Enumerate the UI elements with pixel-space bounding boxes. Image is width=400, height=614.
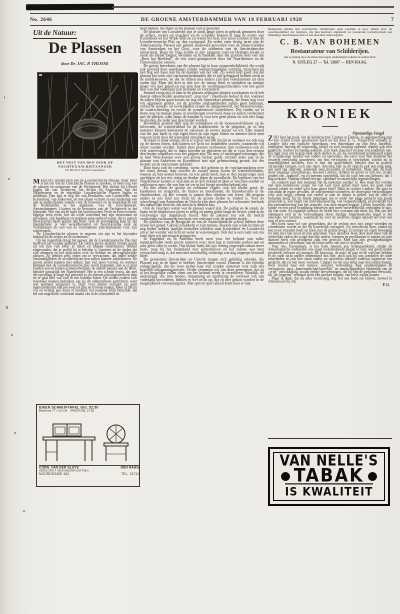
desk-chair-illustration <box>41 421 137 463</box>
kroniek-bottom-rule <box>268 438 392 439</box>
kroniek-heading: KRONIEK <box>268 106 392 122</box>
furniture-ad-phone: TEL. 14711 <box>121 473 139 477</box>
kroniek-divider <box>322 126 338 127</box>
scan-artifact-top-line <box>112 6 394 8</box>
header-top-rule <box>30 13 394 14</box>
restorer-ad: Duizenden gelden aan waardevolle schilde… <box>268 28 392 100</box>
paragraph: ZOO heet het boek, dat de kinderrechter … <box>268 136 392 181</box>
middle-column-body: heerlijkheid, die thans in die plassen v… <box>140 27 264 493</box>
scan-artifact-top-left <box>26 4 114 11</box>
paragraph: De ouderen zien den toestand van de toek… <box>268 181 392 223</box>
furniture-ad-size: Bladmaat 77 x 50 c.M. <box>39 410 68 413</box>
restorer-ad-address: N. UITLEG 27 — Tel. 12607 — DEN HAAG. <box>268 60 392 64</box>
paragraph: Voor ons, Europeanen, is het boek daarom… <box>268 245 392 277</box>
nest-photo-illustration <box>38 73 138 158</box>
nest-photo <box>37 72 137 159</box>
restorer-ad-note: Als zoodanig door de meest bevoegde desk… <box>268 56 392 59</box>
page-number: 7 <box>391 17 394 23</box>
furniture-ad-chair: ARMSTOEL 27.50 <box>70 410 94 413</box>
scan-speck <box>23 510 25 512</box>
section-label: Uit de Natuur: <box>33 29 77 39</box>
drop-cap: Z <box>268 136 274 142</box>
newspaper-title: DE GROENE AMSTERDAMMER VAN 18 FEBRUARI 1… <box>52 17 391 23</box>
paragraph: Bovendien groeien daar nog de zonnedauw … <box>140 122 264 139</box>
drop-cap: M <box>33 179 41 185</box>
header-bottom-rule <box>30 25 394 26</box>
paragraph: Ik noem er maar eenige, doch er zijn er … <box>140 139 264 166</box>
paragraph: De gemeenten Amsterdam en Utrecht mogen … <box>140 258 264 285</box>
paragraph: P. G. <box>268 283 392 286</box>
left-column-body: MEESTAL spreekt men van de Loosdrechtsch… <box>33 179 137 397</box>
paragraph: Iemand vroeg mij of daar in de plassen z… <box>140 92 264 123</box>
issue-number: No. 2646 <box>30 17 52 23</box>
paragraph: In Engeland en in Amerika heeft men voor… <box>140 238 264 258</box>
photo-credit: Uit Burlet's Stereoscoopplaten <box>33 169 137 173</box>
paragraph: De plassen van Loosdrecht zijn al sinds … <box>140 30 264 64</box>
restorer-ad-body: Duizenden gelden aan waardevolle schilde… <box>268 28 392 37</box>
van-nelle-ad: VAN NELLE'S TABAK IS KWALITEIT <box>268 447 390 506</box>
furniture-ad-street: NOORDEINDE 162. <box>39 473 70 477</box>
paragraph: De groote beteekenis van die plassen lig… <box>140 64 264 91</box>
furniture-ad-city: DEN HAAG <box>121 466 139 470</box>
scan-speck <box>11 334 13 336</box>
scan-speck <box>6 306 8 309</box>
scan-speck <box>14 432 16 434</box>
paragraph: Ook de visschers weten wat de plassen wa… <box>140 207 264 221</box>
newspaper-page: No. 2646 DE GROENE AMSTERDAMMER VAN 18 F… <box>0 0 400 614</box>
restorer-ad-subtitle: Restaurateur van Schilderijen. <box>268 48 392 56</box>
paragraph: De schilders van de Haagsche en van de A… <box>140 221 264 238</box>
furniture-ad: EIKEN SCHRIJFTAFEL Gld. 52.50 Bladmaat 7… <box>36 404 140 487</box>
van-nelle-dot-right <box>368 472 377 481</box>
paragraph: En niet alleen de groote en zeldzame vog… <box>140 187 264 207</box>
scan-speck <box>8 178 10 180</box>
article-byline: door Dr. JAC. P. THIJSSE <box>33 61 137 66</box>
masthead: No. 2646 DE GROENE AMSTERDAMMER VAN 18 F… <box>30 15 394 24</box>
paragraph: Daar huist ook de roerdomp, wiens dof ge… <box>140 166 264 186</box>
kroniek-body: Opstandige Jeugd ZOO heet het boek, dat … <box>268 131 392 433</box>
paragraph: Het boek staat vol van gesprekken, die d… <box>268 222 392 244</box>
right-column-rule <box>268 101 392 103</box>
article-title: De Plassen <box>33 40 137 58</box>
photo-caption-block: HET NEST VAN DEN SNOR OF NACHTEGAALRIETZ… <box>33 161 137 178</box>
van-nelle-dot-left <box>281 472 290 481</box>
paragraph: Op het oogenblik dreigt het gevaar, dat … <box>33 239 137 296</box>
paragraph: MEESTAL spreekt men van de Loosdrechtsch… <box>33 179 137 233</box>
van-nelle-line3: IS KWALITEIT <box>285 484 373 499</box>
scan-speck <box>4 96 5 99</box>
restorer-ad-name: C. B. VAN BOHEMEN <box>268 38 392 47</box>
